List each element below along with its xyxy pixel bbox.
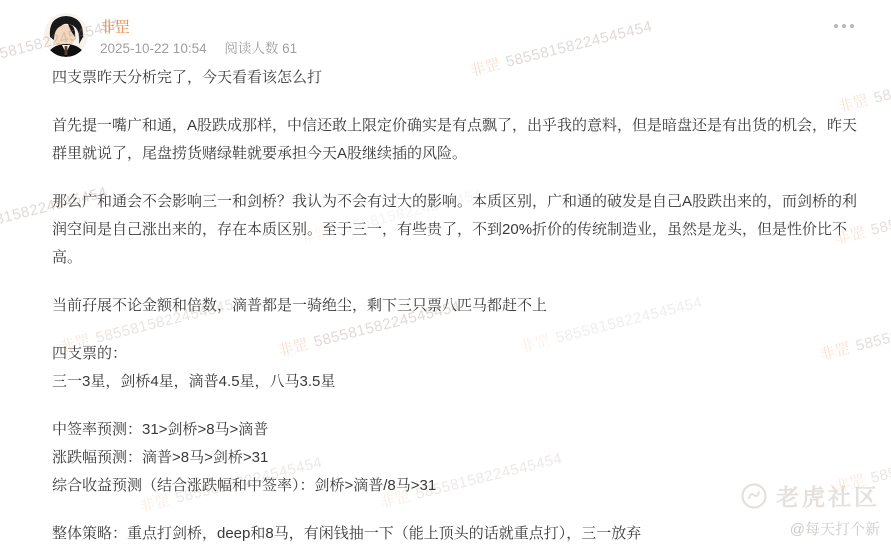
post-paragraph-line: 四支票的： [52, 340, 857, 368]
post-paragraph: 整体策略：重点打剑桥，deep和8马，有闲钱抽一下（能上顶头的话就重点打），三一… [52, 520, 857, 548]
post-paragraph: 当前孖展不论金额和倍数，滴普都是一骑绝尘，剩下三只票八匹马都赶不上 [52, 292, 857, 320]
post-paragraph-line: 四支票昨天分析完了，今天看看该怎么打 [52, 64, 857, 92]
post-paragraph-line: 当前孖展不论金额和倍数，滴普都是一骑绝尘，剩下三只票八匹马都赶不上 [52, 292, 857, 320]
more-horizontal-icon [834, 24, 854, 28]
author-name[interactable]: 非罡 [100, 16, 130, 37]
post-paragraph: 首先提一嘴广和通，A股跌成那样，中信还敢上限定价确实是有点飘了，出乎我的意料，但… [52, 112, 857, 168]
post-timestamp: 2025-10-22 10:54 [100, 41, 207, 56]
post-header: 非罡 2025-10-22 10:54 阅读人数 61 [0, 0, 891, 60]
post-paragraph: 四支票昨天分析完了，今天看看该怎么打 [52, 64, 857, 92]
post-body: 四支票昨天分析完了，今天看看该怎么打首先提一嘴广和通，A股跌成那样，中信还敢上限… [52, 64, 857, 548]
user-avatar[interactable] [44, 13, 88, 57]
post-paragraph-line: 综合收益预测（结合涨跌幅和中签率）：剑桥>滴普/8马>31 [52, 472, 857, 500]
post-paragraph-line: 中签率预测：31>剑桥>8马>滴普 [52, 416, 857, 444]
avatar-cartoon-boy [44, 13, 88, 57]
post-meta: 2025-10-22 10:54 阅读人数 61 [100, 37, 297, 57]
post-paragraph-line: 整体策略：重点打剑桥，deep和8马，有闲钱抽一下（能上顶头的话就重点打），三一… [52, 520, 857, 548]
post-paragraph-line: 首先提一嘴广和通，A股跌成那样，中信还敢上限定价确实是有点飘了，出乎我的意料，但… [52, 112, 857, 168]
more-options-button[interactable] [830, 20, 858, 32]
post-paragraph-line: 三一3星，剑桥4星，滴普4.5星，八马3.5星 [52, 368, 857, 396]
post-paragraph: 中签率预测：31>剑桥>8马>滴普涨跌幅预测：滴普>8马>剑桥>31综合收益预测… [52, 416, 857, 500]
post-paragraph: 那么广和通会不会影响三一和剑桥？我认为不会有过大的影响。本质区别，广和通的破发是… [52, 188, 857, 272]
post-paragraph: 四支票的：三一3星，剑桥4星，滴普4.5星，八马3.5星 [52, 340, 857, 396]
post-paragraph-line: 涨跌幅预测：滴普>8马>剑桥>31 [52, 444, 857, 472]
read-count: 阅读人数 61 [224, 41, 297, 56]
post-paragraph-line: 那么广和通会不会影响三一和剑桥？我认为不会有过大的影响。本质区别，广和通的破发是… [52, 188, 857, 272]
